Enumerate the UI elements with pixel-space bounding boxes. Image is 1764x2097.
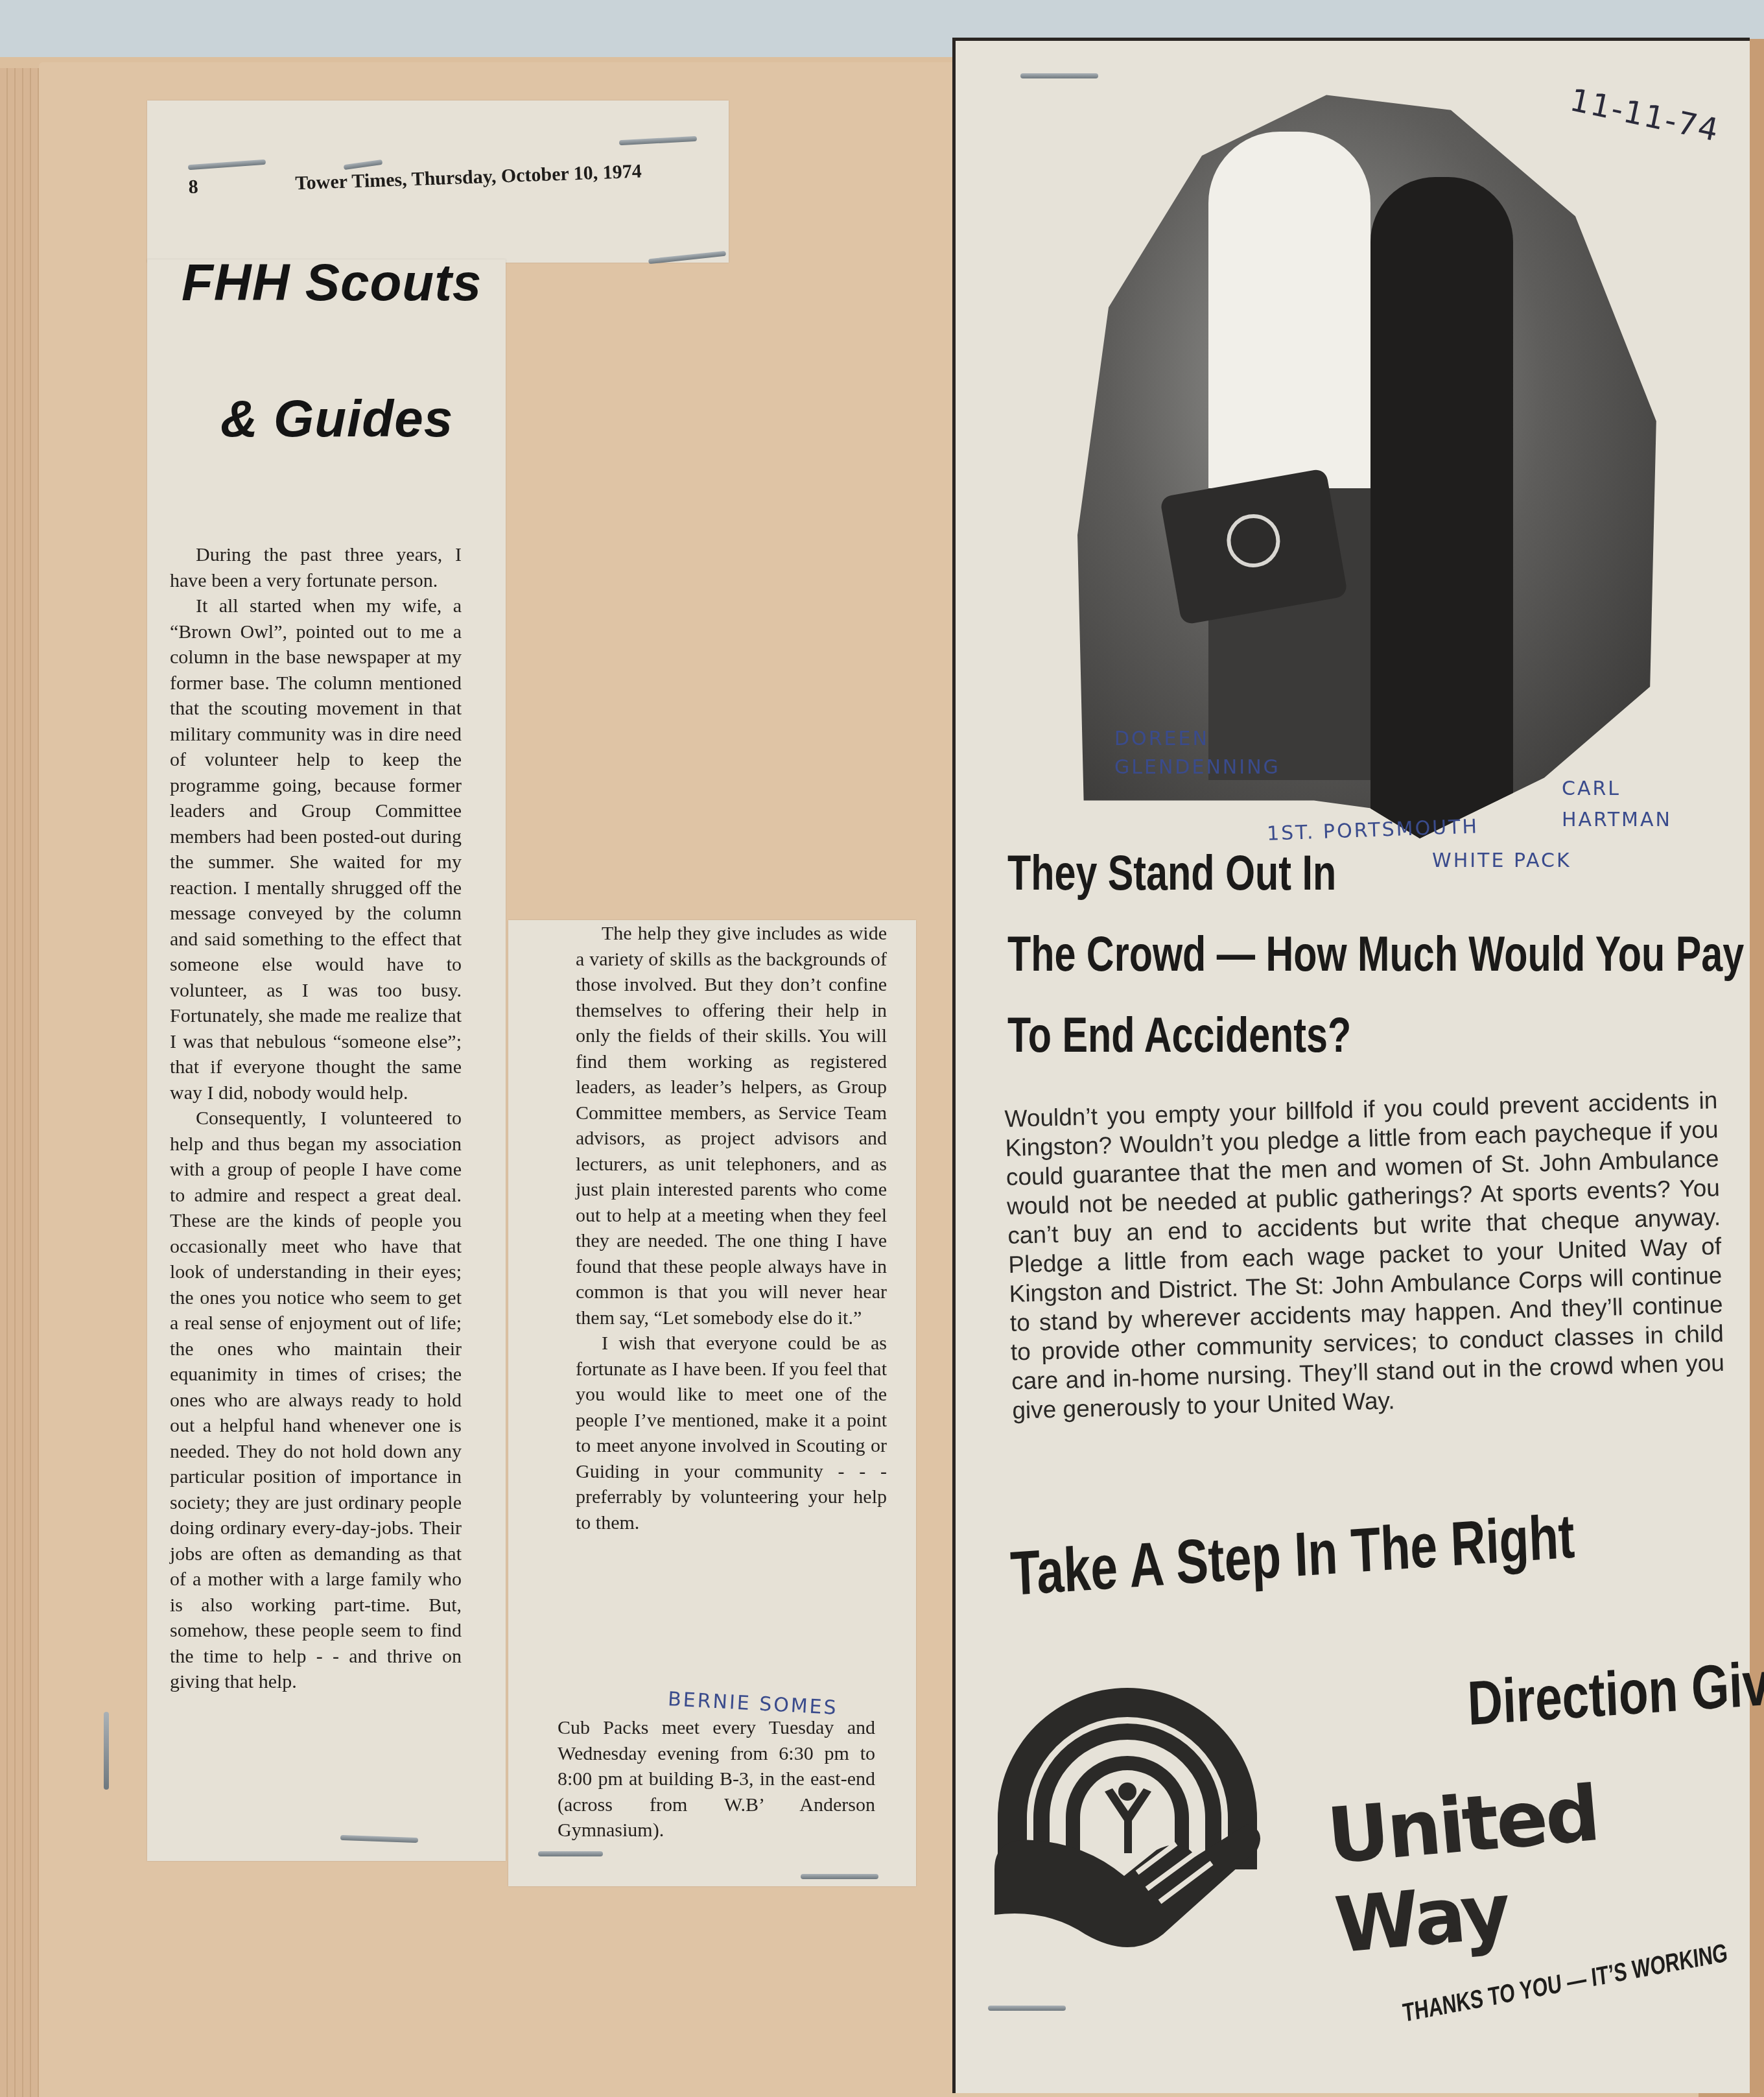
caption-line: DOREEN [1114,725,1280,753]
article-headline-line2: & Guides [220,389,453,449]
staple-icon [988,2006,1066,2011]
ad-tagline-line1: Take A Step In The Right [1009,1501,1576,1610]
staple-icon [538,1851,603,1856]
article-column-1: During the past three years, I have been… [170,542,462,1695]
caption-right-name: CARL HARTMAN [1562,774,1672,836]
caption-group-line2: WHITE PACK [1432,849,1571,872]
photo-figure-officer [1370,177,1513,838]
ad-headline-line3: To End Accidents? [1007,1007,1351,1063]
article-paragraph: I wish that everyone could be as fortuna… [576,1331,887,1535]
ad-body-text: Wouldn’t you empty your billfold if you … [1004,1085,1726,1425]
page-number: 8 [188,176,198,198]
united-way-ad: DOREEN GLENDENNING CARL HARTMAN 1ST. POR… [952,38,1750,2093]
staple-icon [801,1874,878,1879]
article-paragraph: During the past three years, I have been… [170,542,462,593]
united-way-wordmark: United Way [1324,1755,1756,1970]
caption-line: GLENDENNING [1114,753,1280,782]
ad-tagline-line2: Direction Give [1466,1646,1764,1740]
united-way-logo-icon [988,1675,1267,1960]
footer-note: Cub Packs meet every Tuesday and Wednesd… [558,1715,875,1843]
article-paragraph: The help they give includes as wide a va… [576,921,887,1331]
article-column-2: The help they give includes as wide a va… [576,921,887,1535]
ad-headline-line1: They Stand Out In [1007,845,1336,901]
caption-line: HARTMAN [1562,805,1672,836]
photo-figure-woman [1208,132,1370,780]
caption-left-name: DOREEN GLENDENNING [1114,725,1280,782]
staple-icon [104,1712,109,1790]
article-paragraph: It all started when my wife, a “Brown Ow… [170,593,462,1106]
article-headline-line1: FHH Scouts [182,253,482,313]
staple-icon [1020,73,1098,78]
article-paragraph: Consequently, I volunteered to help and … [170,1106,462,1695]
ad-headline-line2: The Crowd — How Much Would You Pay [1007,926,1744,982]
caption-group-line1: 1ST. PORTSMOUTH [1266,815,1479,845]
caption-line: CARL [1562,774,1672,805]
cub-packs-note: Cub Packs meet every Tuesday and Wednesd… [558,1715,875,1843]
